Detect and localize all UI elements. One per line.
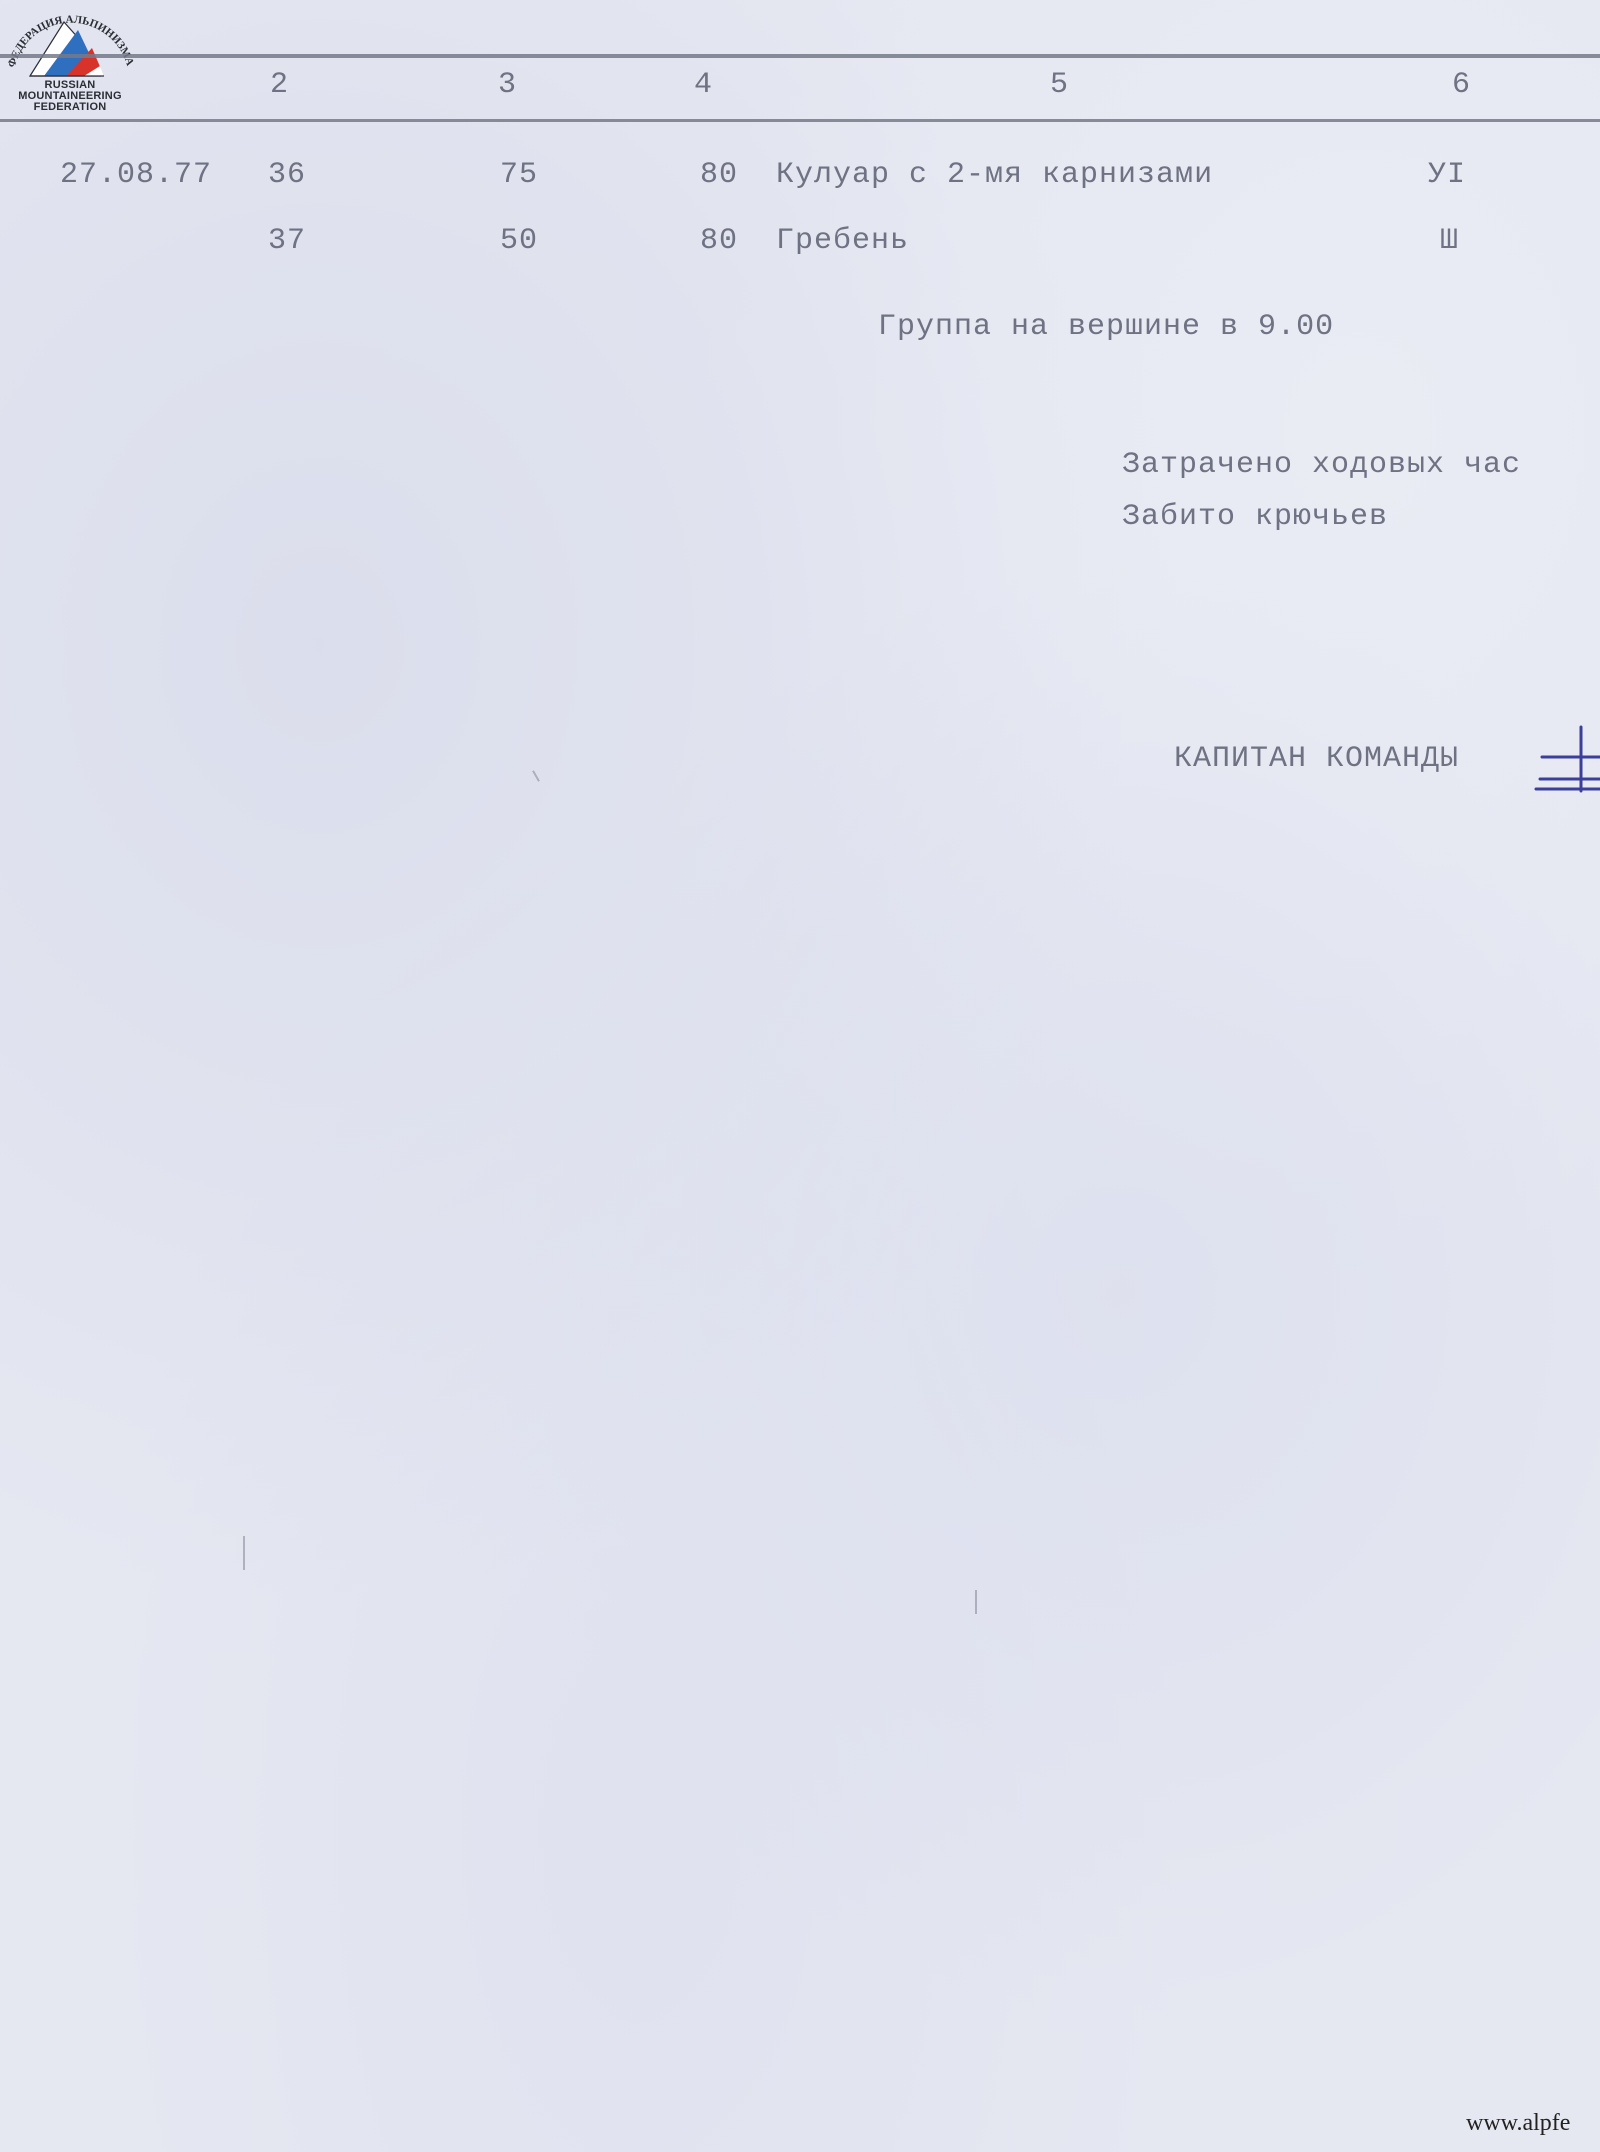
- column-header-5: 5: [1050, 68, 1069, 102]
- table-top-rule: [0, 54, 1600, 58]
- scan-mark: [975, 1590, 977, 1614]
- column-header-4: 4: [694, 68, 713, 102]
- cell-date: 27.08.77: [60, 158, 212, 192]
- cell-section: 36: [268, 158, 306, 192]
- pitons-driven-label: Забито крючьев: [1122, 500, 1388, 534]
- column-header-6: 6: [1452, 68, 1471, 102]
- logo-line-3: FEDERATION: [0, 102, 140, 113]
- cell-steepness: 80: [700, 158, 738, 192]
- cell-section: 37: [268, 224, 306, 258]
- column-header-2: 2: [270, 68, 289, 102]
- column-header-3: 3: [498, 68, 517, 102]
- cell-difficulty: УI: [1428, 158, 1466, 192]
- hours-spent-label: Затрачено ходовых час: [1122, 448, 1521, 482]
- cell-steepness: 80: [700, 224, 738, 258]
- cell-length: 50: [500, 224, 538, 258]
- federation-logo: ФЕДЕРАЦИЯ АЛЬПИНИЗМА РОССИИ RUSSIAN MOUN…: [0, 0, 140, 120]
- cell-difficulty: Ш: [1440, 224, 1459, 258]
- team-captain-label: КАПИТАН КОМАНДЫ: [1174, 742, 1459, 776]
- cell-length: 75: [500, 158, 538, 192]
- footer-url: www.alpfe: [1466, 2110, 1570, 2137]
- table-header-rule: [0, 119, 1600, 122]
- signature-icon: [1520, 725, 1600, 795]
- cell-description: Гребень: [776, 224, 909, 258]
- summit-time-note: Группа на вершине в 9.00: [878, 310, 1334, 344]
- scan-mark: [532, 770, 540, 781]
- scan-mark: [243, 1536, 245, 1570]
- cell-description: Кулуар с 2-мя карнизами: [776, 158, 1213, 192]
- mountain-logo-icon: ФЕДЕРАЦИЯ АЛЬПИНИЗМА РОССИИ: [0, 0, 140, 82]
